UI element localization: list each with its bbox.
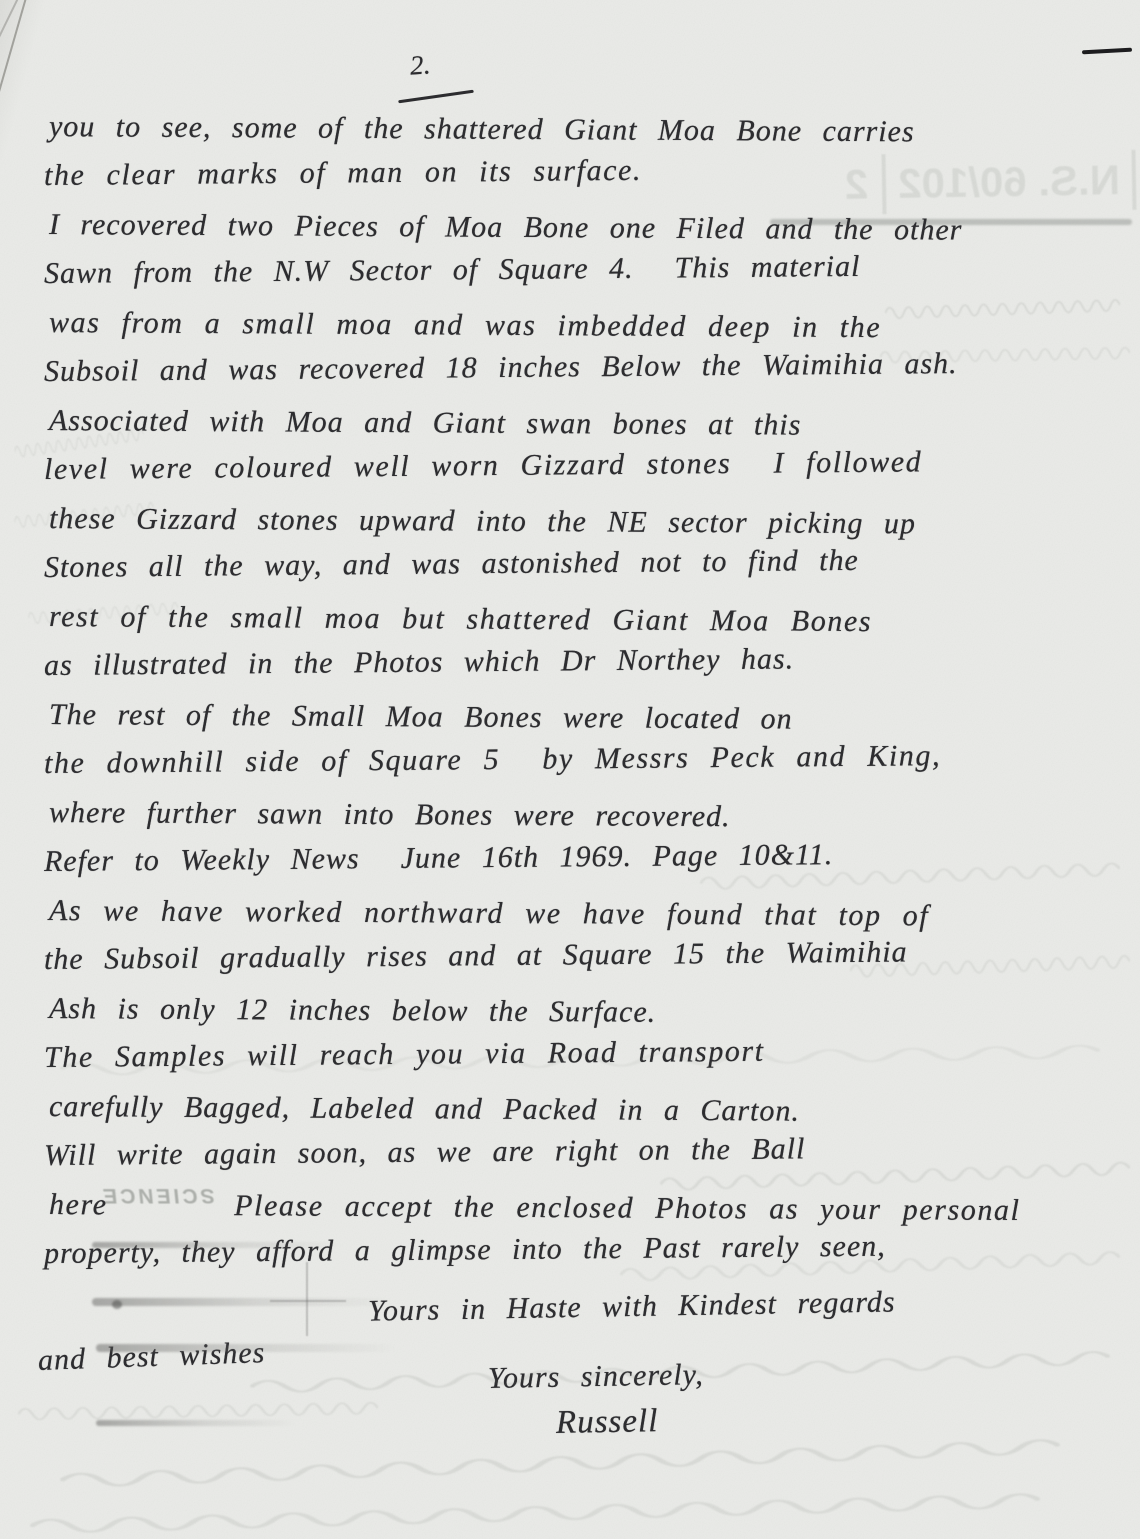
handwritten-line: Stones all the way, and was astonished n… <box>44 534 1114 592</box>
handwritten-line: the downhill side of Square 5 by Messrs … <box>44 730 1114 788</box>
smudge-mark <box>96 1344 396 1352</box>
handwritten-line: as illustrated in the Photos which Dr No… <box>44 632 1114 690</box>
smudge-mark <box>92 1298 392 1306</box>
handwritten-line: The Samples will reach you via Road tran… <box>44 1024 1114 1082</box>
ghost-writing-line <box>30 1485 1040 1537</box>
page-number: 2. <box>409 49 431 81</box>
handwritten-line: Sawn from the N.W Sector of Square 4. Th… <box>44 240 1114 298</box>
handwritten-line: the Subsoil gradually rises and at Squar… <box>44 926 1114 984</box>
ink-blob <box>112 1300 122 1309</box>
closing-line-sincerely: Yours sincerely, <box>488 1358 704 1396</box>
handwritten-line: Will write again soon, as we are right o… <box>44 1122 1114 1180</box>
handwritten-line: the clear marks of man on its surface. <box>44 142 1114 200</box>
scanned-letter-page: 2. N.S. 60/102 2 SCIENCE you to see, som… <box>0 0 1140 1539</box>
pencil-cross-mark <box>270 1300 346 1302</box>
handwritten-line: Subsoil and was recovered 18 inches Belo… <box>44 338 1114 396</box>
corner-crease <box>0 0 28 120</box>
pen-dash-mark <box>1082 48 1132 55</box>
closing-line-best-wishes: and best wishes <box>37 1336 265 1378</box>
handwritten-line: level were coloured well worn Gizzard st… <box>44 436 1114 494</box>
closing-line-haste: Yours in Haste with Kindest regards <box>368 1285 896 1328</box>
pencil-cross-mark <box>306 1262 308 1336</box>
smudge-mark <box>92 1242 342 1248</box>
signature: Russell <box>556 1403 659 1442</box>
handwritten-line: Refer to Weekly News June 16th 1969. Pag… <box>44 828 1114 886</box>
smudge-mark <box>96 1420 296 1426</box>
handwritten-line: property, they afford a glimpse into the… <box>44 1220 1114 1278</box>
ghost-writing-line <box>18 1395 378 1423</box>
letter-body: you to see, some of the shattered Giant … <box>44 102 1114 1278</box>
